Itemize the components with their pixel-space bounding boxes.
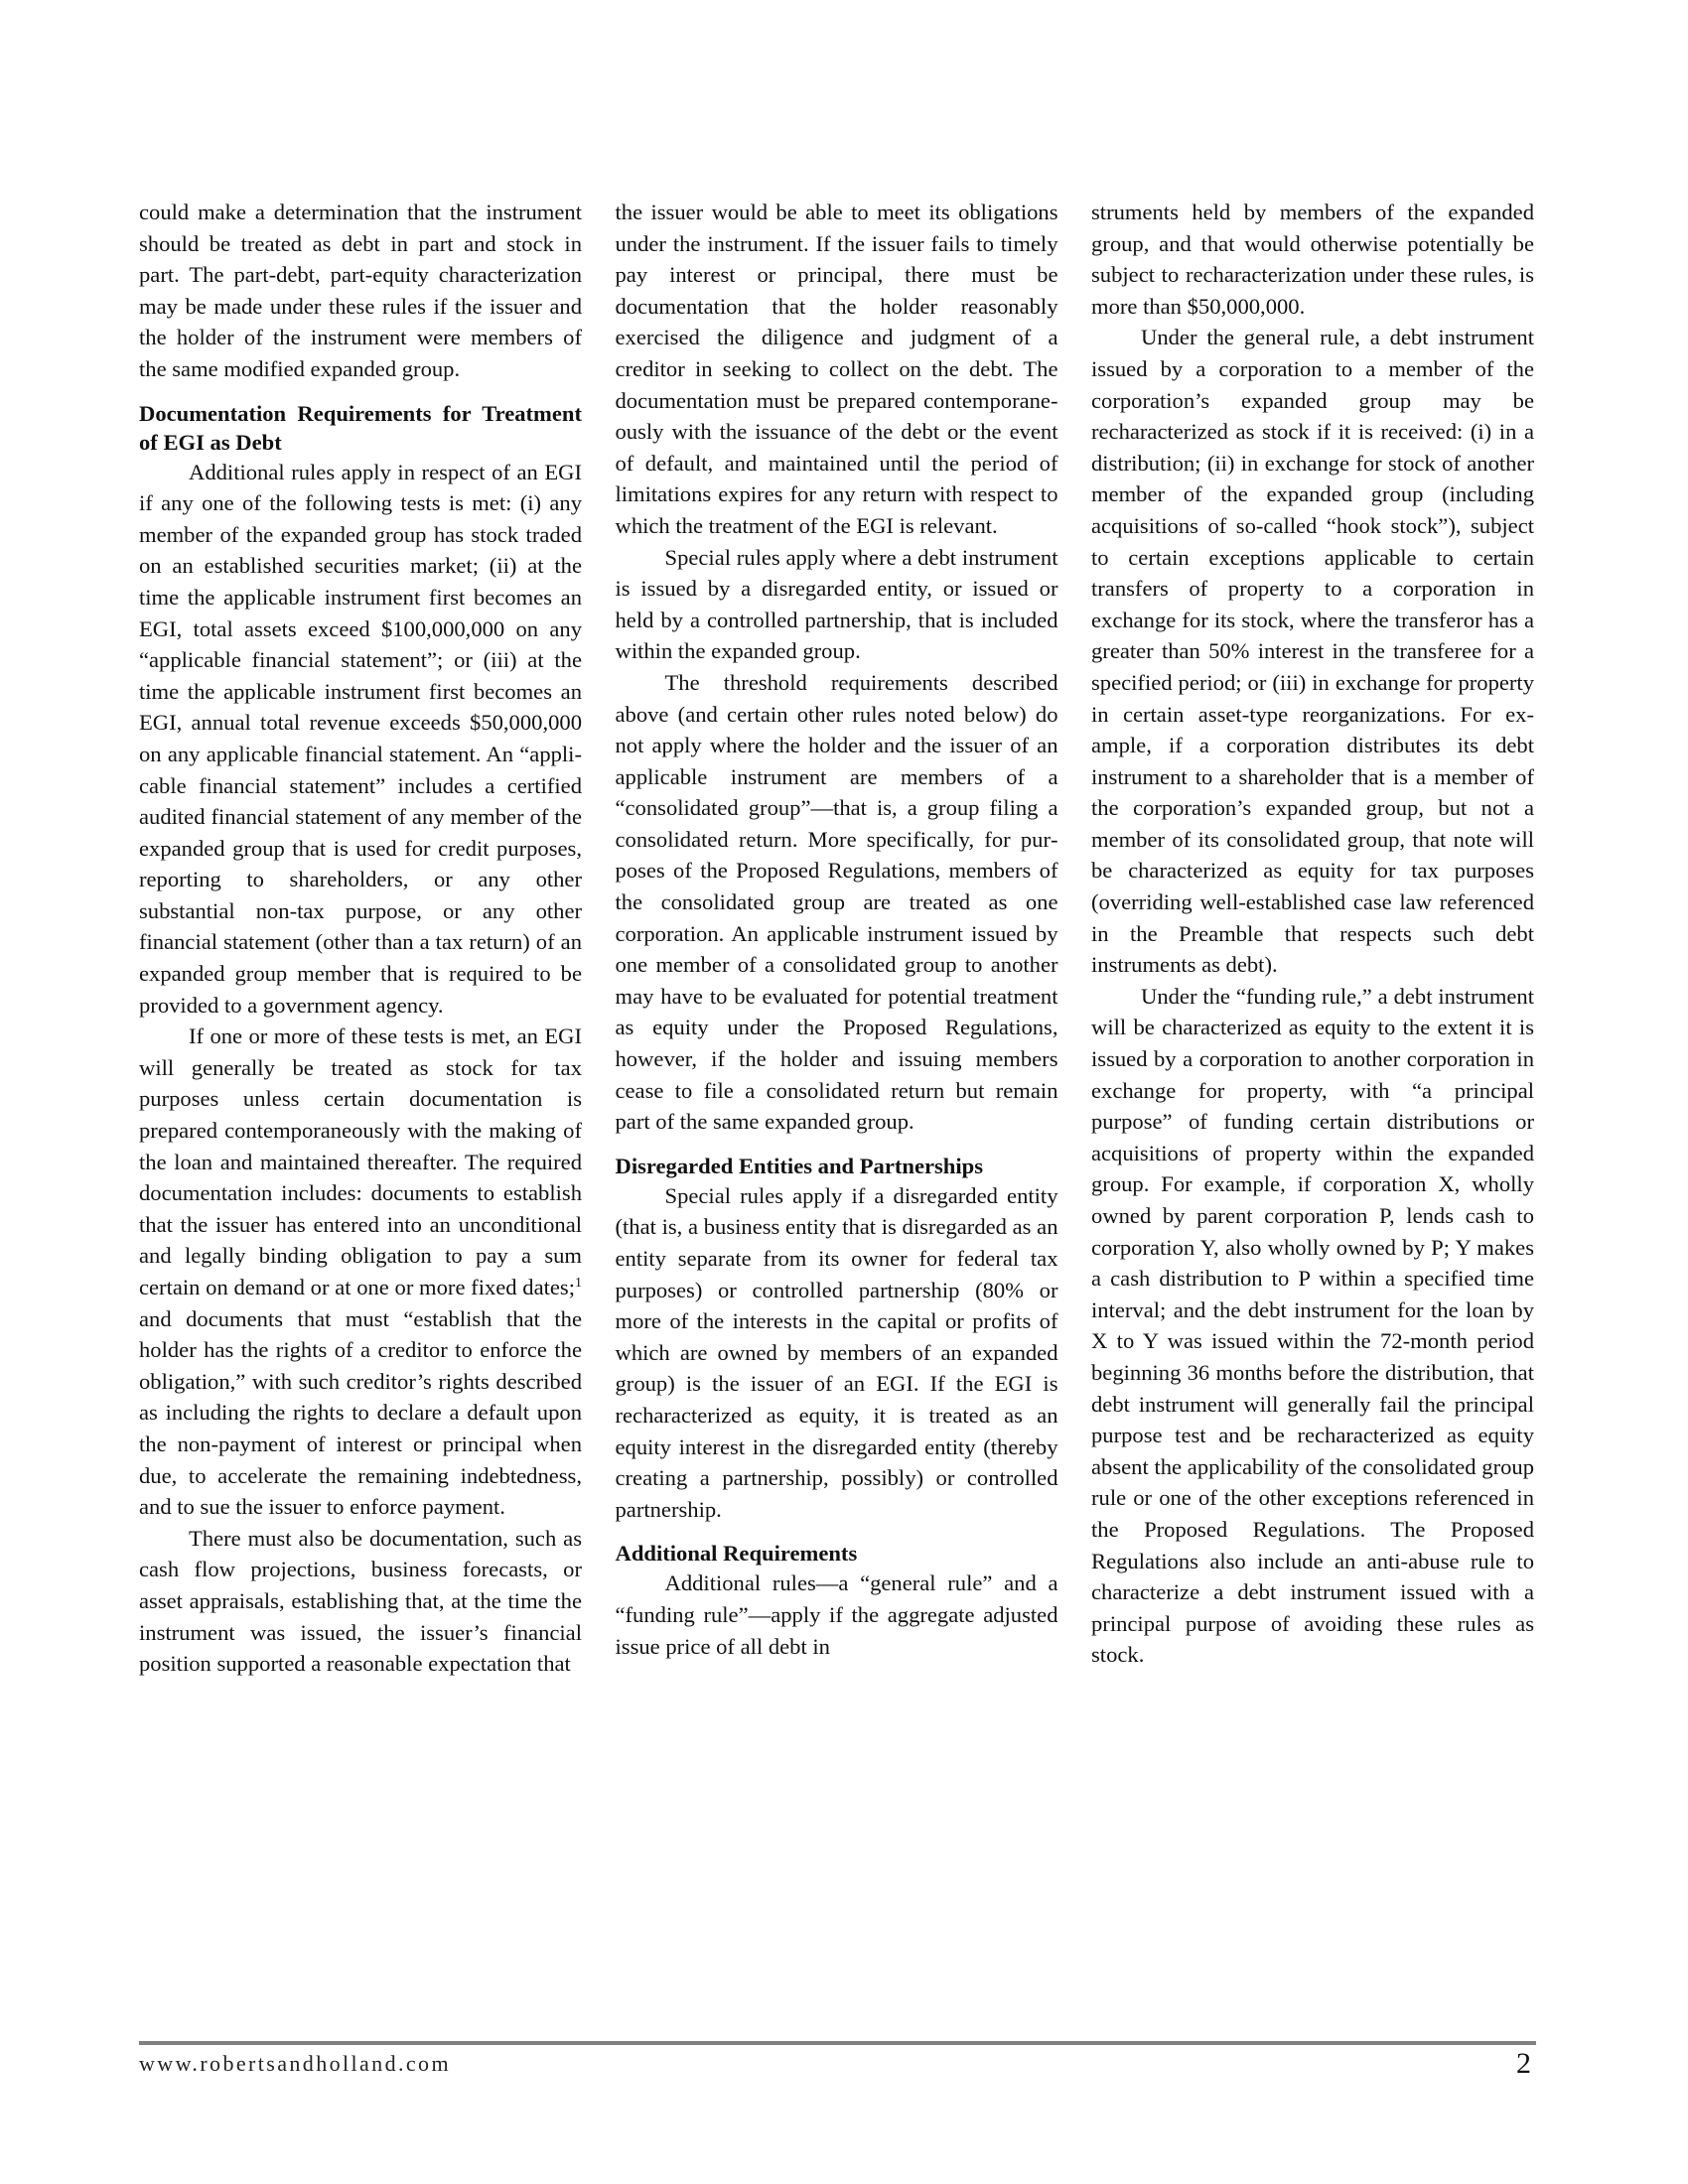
paragraph-threshold-tests: Additional rules apply in respect of an … — [139, 457, 582, 1022]
body-columns: could make a determination that the in­s… — [139, 197, 1534, 1680]
footer-website-link[interactable]: www.robertsandholland.com — [139, 2051, 451, 2077]
paragraph-financial-documentation: There must also be documentation, such a… — [139, 1523, 582, 1680]
document-page: could make a determination that the in­s… — [0, 0, 1688, 2184]
footer-divider — [139, 2041, 1536, 2045]
paragraph-part-debt-characterization: could make a determination that the in­s… — [139, 197, 582, 385]
column-left: could make a determination that the in­s… — [139, 197, 582, 1680]
paragraph-funding-rule: Under the “funding rule,” a debt in­stru… — [1091, 981, 1534, 1671]
paragraph-consolidated-group: The threshold requirements de­scribed ab… — [616, 667, 1058, 1138]
paragraph-issuer-obligations: the issuer would be able to meet its obl… — [616, 197, 1058, 542]
paragraph-required-documentation: If one or more of these tests is met, an… — [139, 1021, 582, 1523]
required-documentation-text-a: If one or more of these tests is met, an… — [139, 1024, 582, 1299]
heading-additional-requirements: Additional Requirements — [616, 1539, 1058, 1568]
heading-disregarded-entities: Disregarded Entities and Partner­ships — [616, 1152, 1058, 1180]
paragraph-disregarded-entity-issuance: Special rules apply where a debt in­stru… — [616, 542, 1058, 667]
paragraph-general-and-funding-rule: Additional rules—a “general rule” and a … — [616, 1568, 1058, 1662]
heading-documentation-requirements: Documentation Requirements for Treatment… — [139, 399, 582, 457]
paragraph-general-rule: Under the general rule, a debt instru­me… — [1091, 322, 1534, 980]
page-number: 2 — [1516, 2047, 1531, 2081]
required-documentation-text-b: and documents that must “establish that … — [139, 1306, 582, 1520]
column-right: struments held by members of the ex­pand… — [1091, 197, 1534, 1680]
footnote-marker[interactable]: 1 — [575, 1276, 582, 1291]
paragraph-disregarded-entities-rules: Special rules apply if a disregarded ent… — [616, 1180, 1058, 1526]
column-middle: the issuer would be able to meet its obl… — [616, 197, 1058, 1680]
paragraph-aggregate-threshold: struments held by members of the ex­pand… — [1091, 197, 1534, 322]
